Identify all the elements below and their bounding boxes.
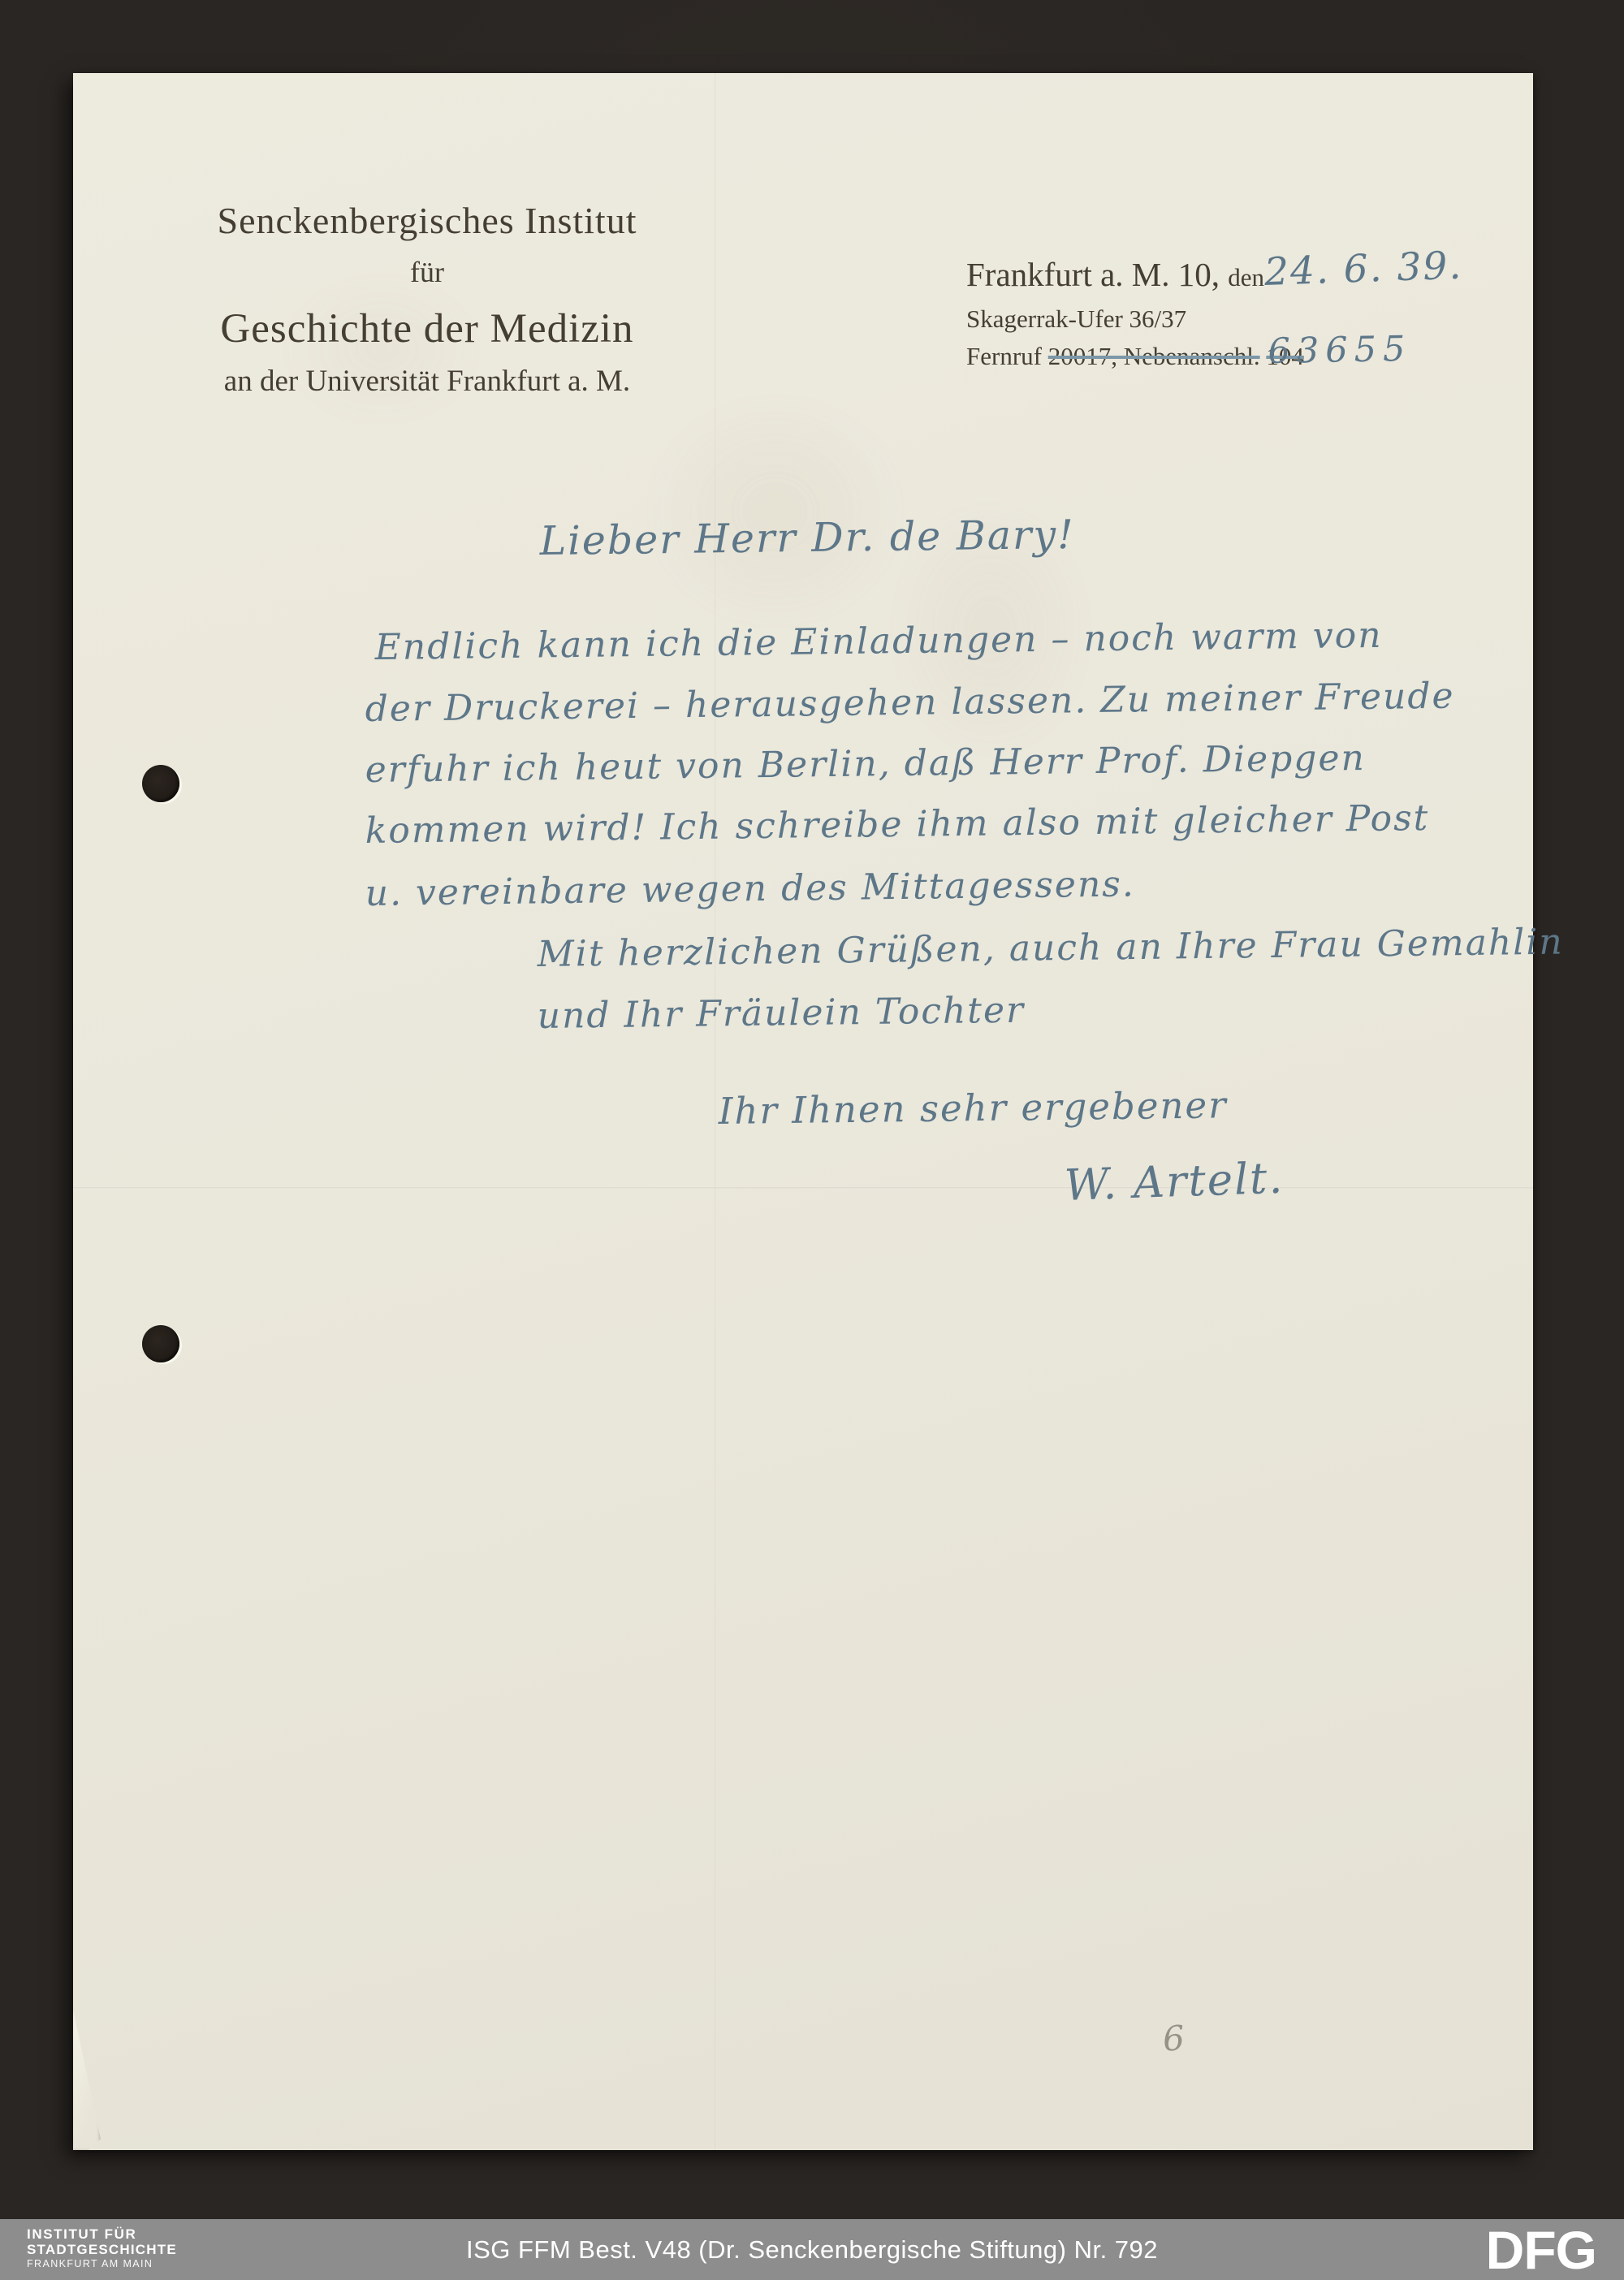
body-line: erfuhr ich heut von Berlin, daß Herr Pro… <box>365 737 1366 791</box>
body-line: Endlich kann ich die Einladungen – noch … <box>374 615 1382 668</box>
pencil-folio-number: 6 <box>1161 2018 1186 2059</box>
valediction: Ihr Ihnen sehr ergebener <box>718 1083 1228 1133</box>
archive-footer-bar: INSTITUT FÜR STADTGESCHICHTE FRANKFURT A… <box>0 2219 1624 2280</box>
place-and-date-line: Frankfurt a. M. 10, den <box>966 256 1304 296</box>
fold-crease-horizontal <box>73 1187 1533 1190</box>
place-label: Frankfurt a. M. 10, <box>966 256 1220 293</box>
phone-line: Fernruf 20017, Nebenanschl. 104 <box>966 339 1304 374</box>
letterhead-line-1: Senckenbergisches Institut <box>179 196 676 245</box>
paper-fold-damage <box>73 2010 101 2150</box>
fold-crease-vertical <box>715 73 717 2150</box>
letterhead-line-3: Geschichte der Medizin <box>179 299 676 359</box>
letterhead-address-block: Frankfurt a. M. 10, den Skagerrak-Ufer 3… <box>966 256 1304 374</box>
letterhead-line-2: für <box>179 245 676 299</box>
letterhead-line-4: an der Universität Frankfurt a. M. <box>179 359 676 404</box>
body-line: kommen wird! Ich schreibe ihm also mit g… <box>365 797 1429 852</box>
street-line: Skagerrak-Ufer 36/37 <box>966 300 1304 338</box>
greeting-line: und Ihr Fräulein Tochter <box>537 990 1025 1037</box>
letterhead-institute-block: Senckenbergisches Institut für Geschicht… <box>179 196 676 404</box>
dfg-logo: DFG <box>1486 2221 1596 2280</box>
body-line: der Druckerei – herausgehen lassen. Zu m… <box>365 676 1454 730</box>
handwritten-phone-correction: 63655 <box>1268 329 1412 372</box>
punch-hole-bottom <box>142 1325 179 1362</box>
phone-label: Fernruf <box>966 342 1048 370</box>
punch-hole-top <box>142 765 179 802</box>
signature: W. Artelt. <box>1064 1154 1285 1211</box>
handwritten-date: 24. 6. 39. <box>1263 244 1463 295</box>
bleed-through-mark <box>641 390 909 633</box>
greeting-line: Mit herzlichen Grüßen, auch an Ihre Frau… <box>537 922 1564 975</box>
letter-paper: Senckenbergisches Institut für Geschicht… <box>73 73 1533 2150</box>
phone-number-struck: 20017, Nebenanschl. <box>1048 342 1260 370</box>
date-word: den <box>1228 263 1264 291</box>
salutation: Lieber Herr Dr. de Bary! <box>539 512 1075 564</box>
body-line: u. vereinbare wegen des Mittagessens. <box>365 863 1135 914</box>
archive-reference: ISG FFM Best. V48 (Dr. Senckenbergische … <box>0 2219 1624 2280</box>
